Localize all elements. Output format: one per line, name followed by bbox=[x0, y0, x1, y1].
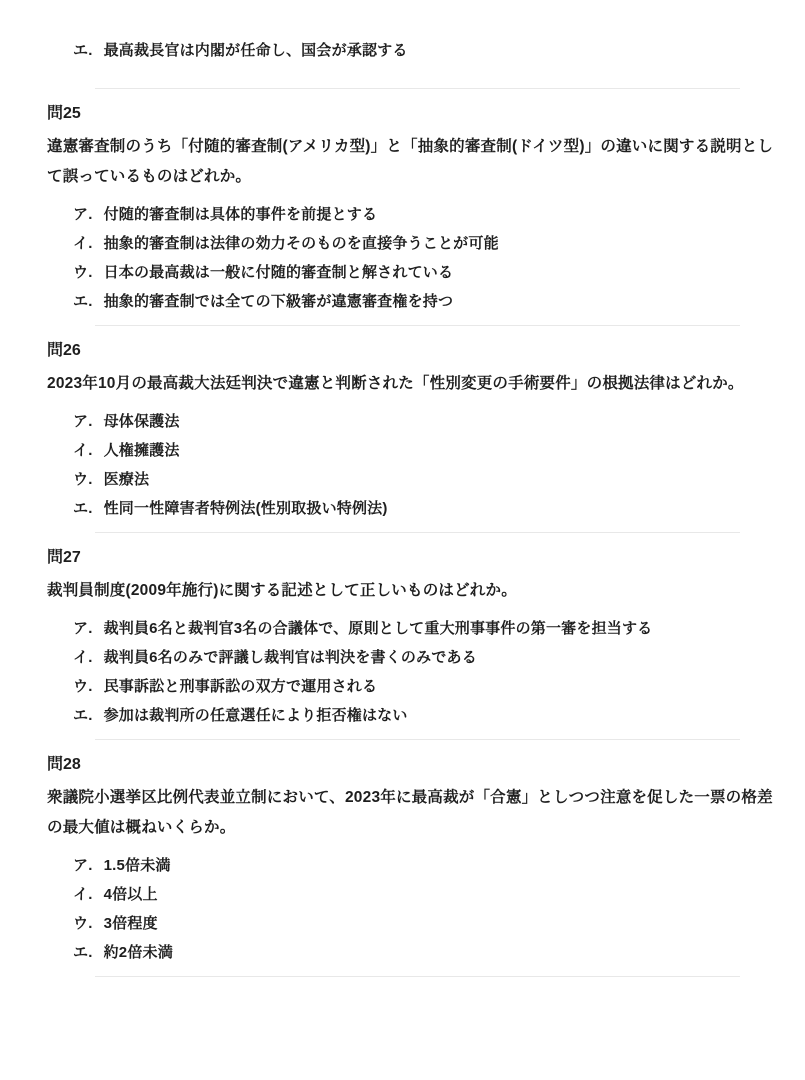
option-label: ウ. bbox=[73, 465, 93, 494]
option-text: 母体保護法 bbox=[104, 407, 180, 436]
question-block-28: 問28 衆議院小選挙区比例代表並立制において、2023年に最高裁が「合憲」としつ… bbox=[47, 740, 775, 976]
option-text: 抽象的審査制では全ての下級審が違憲審査権を持つ bbox=[104, 287, 454, 316]
option-row: エ. 参加は裁判所の任意選任により拒否権はない bbox=[47, 701, 775, 730]
option-row: ア. 付随的審査制は具体的事件を前提とする bbox=[47, 200, 775, 229]
option-row: イ. 人権擁護法 bbox=[47, 436, 775, 465]
option-label: イ. bbox=[73, 229, 93, 258]
option-row: イ. 4倍以上 bbox=[47, 880, 775, 909]
question-text: 衆議院小選挙区比例代表並立制において、2023年に最高裁が「合憲」としつつ注意を… bbox=[47, 783, 775, 843]
question-block-26: 問26 2023年10月の最高裁大法廷判決で違憲と判断された「性別変更の手術要件… bbox=[47, 326, 775, 532]
option-text: 最高裁長官は内閣が任命し、国会が承認する bbox=[104, 36, 408, 65]
option-text: 民事訴訟と刑事訴訟の双方で運用される bbox=[104, 672, 378, 701]
option-label: ア. bbox=[73, 614, 93, 643]
option-text: 抽象的審査制は法律の効力そのものを直接争うことが可能 bbox=[104, 229, 499, 258]
option-label: イ. bbox=[73, 880, 93, 909]
previous-question-last-option: エ. 最高裁長官は内閣が任命し、国会が承認する bbox=[47, 36, 775, 65]
question-number: 問25 bbox=[47, 103, 775, 125]
question-block-25: 問25 違憲審査制のうち「付随的審査制(アメリカ型)」と「抽象的審査制(ドイツ型… bbox=[47, 89, 775, 325]
question-text: 違憲審査制のうち「付随的審査制(アメリカ型)」と「抽象的審査制(ドイツ型)」の違… bbox=[47, 132, 775, 192]
section-divider bbox=[95, 976, 740, 977]
option-text: 3倍程度 bbox=[104, 909, 158, 938]
options-list: ア. 母体保護法 イ. 人権擁護法 ウ. 医療法 エ. 性同一性障害者特例法(性… bbox=[47, 407, 775, 523]
option-label: ウ. bbox=[73, 258, 93, 287]
option-row: ウ. 日本の最高裁は一般に付随的審査制と解されている bbox=[47, 258, 775, 287]
option-row: ア. 1.5倍未満 bbox=[47, 851, 775, 880]
option-text: 医療法 bbox=[104, 465, 150, 494]
option-label: イ. bbox=[73, 436, 93, 465]
option-row: エ. 抽象的審査制では全ての下級審が違憲審査権を持つ bbox=[47, 287, 775, 316]
option-label: エ. bbox=[73, 938, 93, 967]
question-text: 2023年10月の最高裁大法廷判決で違憲と判断された「性別変更の手術要件」の根拠… bbox=[47, 369, 775, 399]
option-row: イ. 抽象的審査制は法律の効力そのものを直接争うことが可能 bbox=[47, 229, 775, 258]
option-row: ウ. 医療法 bbox=[47, 465, 775, 494]
question-number: 問26 bbox=[47, 340, 775, 362]
option-label: エ. bbox=[73, 36, 93, 65]
option-row: ウ. 民事訴訟と刑事訴訟の双方で運用される bbox=[47, 672, 775, 701]
question-number: 問28 bbox=[47, 754, 775, 776]
option-text: 性同一性障害者特例法(性別取扱い特例法) bbox=[104, 494, 388, 523]
option-label: ア. bbox=[73, 200, 93, 229]
options-list: ア. 1.5倍未満 イ. 4倍以上 ウ. 3倍程度 エ. 約2倍未満 bbox=[47, 851, 775, 967]
option-row: ア. 母体保護法 bbox=[47, 407, 775, 436]
option-text: 人権擁護法 bbox=[104, 436, 180, 465]
option-label: エ. bbox=[73, 701, 93, 730]
option-text: 約2倍未満 bbox=[104, 938, 173, 967]
option-row: エ. 約2倍未満 bbox=[47, 938, 775, 967]
option-text: 1.5倍未満 bbox=[104, 851, 171, 880]
option-text: 裁判員6名のみで評議し裁判官は判決を書くのみである bbox=[104, 643, 477, 672]
option-row: ア. 裁判員6名と裁判官3名の合議体で、原則として重大刑事事件の第一審を担当する bbox=[47, 614, 775, 643]
question-text: 裁判員制度(2009年施行)に関する記述として正しいものはどれか。 bbox=[47, 576, 775, 606]
option-label: ウ. bbox=[73, 672, 93, 701]
option-label: エ. bbox=[73, 494, 93, 523]
option-text: 日本の最高裁は一般に付随的審査制と解されている bbox=[104, 258, 454, 287]
option-label: ア. bbox=[73, 851, 93, 880]
option-text: 4倍以上 bbox=[104, 880, 158, 909]
quiz-document-page: エ. 最高裁長官は内閣が任命し、国会が承認する 問25 違憲審査制のうち「付随的… bbox=[0, 0, 805, 1080]
option-label: ア. bbox=[73, 407, 93, 436]
option-label: イ. bbox=[73, 643, 93, 672]
option-row: エ. 性同一性障害者特例法(性別取扱い特例法) bbox=[47, 494, 775, 523]
option-text: 参加は裁判所の任意選任により拒否権はない bbox=[104, 701, 408, 730]
option-label: エ. bbox=[73, 287, 93, 316]
option-row: イ. 裁判員6名のみで評議し裁判官は判決を書くのみである bbox=[47, 643, 775, 672]
options-list: ア. 付随的審査制は具体的事件を前提とする イ. 抽象的審査制は法律の効力そのも… bbox=[47, 200, 775, 316]
option-text: 付随的審査制は具体的事件を前提とする bbox=[104, 200, 378, 229]
question-block-27: 問27 裁判員制度(2009年施行)に関する記述として正しいものはどれか。 ア.… bbox=[47, 533, 775, 739]
question-number: 問27 bbox=[47, 547, 775, 569]
option-label: ウ. bbox=[73, 909, 93, 938]
options-list: ア. 裁判員6名と裁判官3名の合議体で、原則として重大刑事事件の第一審を担当する… bbox=[47, 614, 775, 730]
option-text: 裁判員6名と裁判官3名の合議体で、原則として重大刑事事件の第一審を担当する bbox=[104, 614, 653, 643]
option-row: ウ. 3倍程度 bbox=[47, 909, 775, 938]
